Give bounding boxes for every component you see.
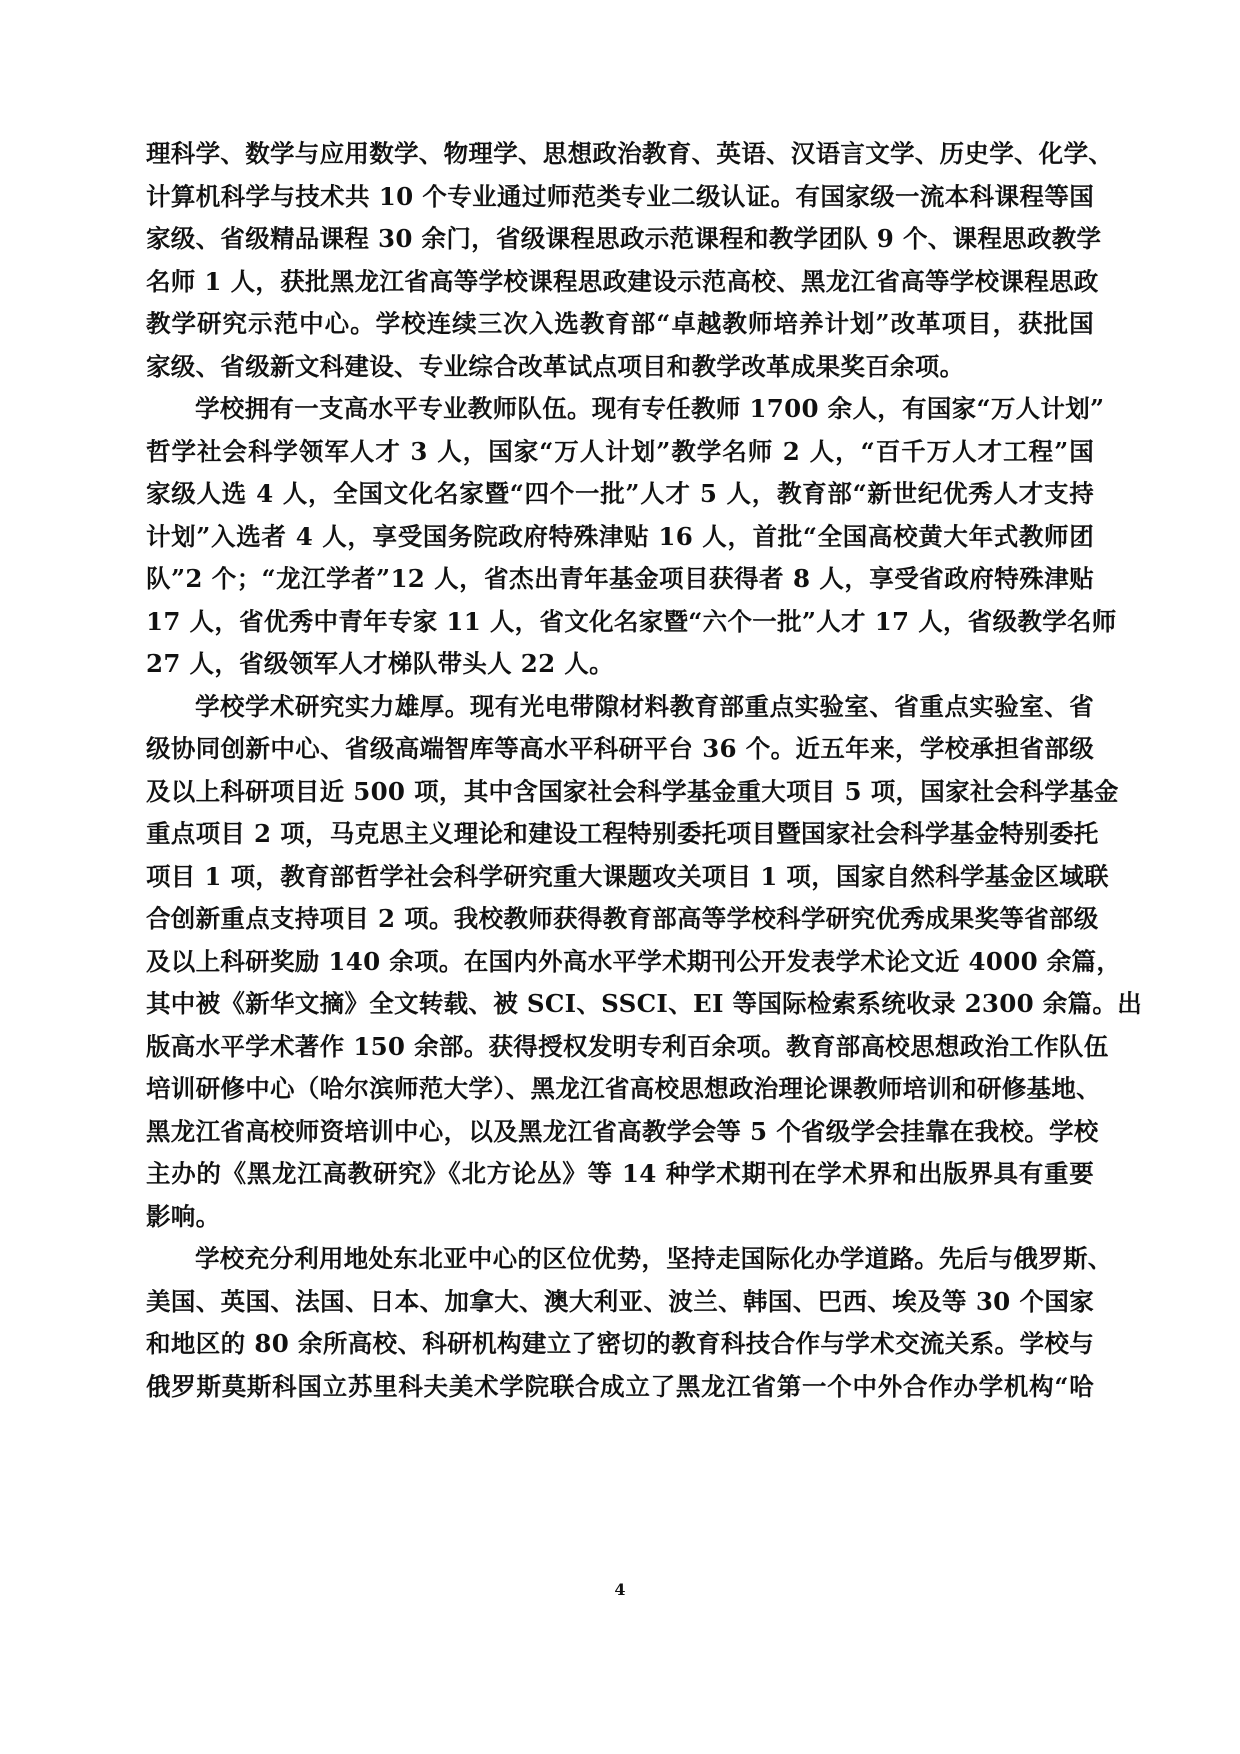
document-page: 理科学、数学与应用数学、物理学、思想政治教育、英语、汉语言文学、历史学、化学、 … xyxy=(0,0,1240,1754)
paragraph-majors-courses: 理科学、数学与应用数学、物理学、思想政治教育、英语、汉语言文学、历史学、化学、 … xyxy=(146,133,1094,388)
text-line: 重点项目 2 项，马克思主义理论和建设工程特别委托项目暨国家社会科学基金特别委托 xyxy=(146,813,1094,856)
text-line: 合创新重点支持项目 2 项。我校教师获得教育部高等学校科学研究优秀成果奖等省部级 xyxy=(146,898,1094,941)
text-line: 家级、省级新文科建设、专业综合改革试点项目和教学改革成果奖百余项。 xyxy=(146,346,1094,389)
text-line: 及以上科研项目近 500 项，其中含国家社会科学基金重大项目 5 项，国家社会科… xyxy=(146,771,1094,814)
text-line: 教学研究示范中心。学校连续三次入选教育部“卓越教师培养计划”改革项目，获批国 xyxy=(146,303,1094,346)
text-line: 名师 1 人，获批黑龙江省高等学校课程思政建设示范高校、黑龙江省高等学校课程思政 xyxy=(146,261,1094,304)
text-line: 计划”入选者 4 人，享受国务院政府特殊津贴 16 人，首批“全国高校黄大年式教… xyxy=(146,516,1094,559)
text-line: 理科学、数学与应用数学、物理学、思想政治教育、英语、汉语言文学、历史学、化学、 xyxy=(146,133,1094,176)
text-line: 黑龙江省高校师资培训中心，以及黑龙江省高教学会等 5 个省级学会挂靠在我校。学校 xyxy=(146,1111,1094,1154)
text-line: 学校拥有一支高水平专业教师队伍。现有专任教师 1700 余人，有国家“万人计划” xyxy=(146,388,1094,431)
text-line: 俄罗斯莫斯科国立苏里科夫美术学院联合成立了黑龙江省第一个中外合作办学机构“哈 xyxy=(146,1366,1094,1409)
text-line: 27 人，省级领军人才梯队带头人 22 人。 xyxy=(146,643,1094,686)
text-line: 计算机科学与技术共 10 个专业通过师范类专业二级认证。有国家级一流本科课程等国 xyxy=(146,176,1094,219)
text-line: 培训研修中心（哈尔滨师范大学）、黑龙江省高校思想政治理论课教师培训和研修基地、 xyxy=(146,1068,1094,1111)
text-line: 版高水平学术著作 150 余部。获得授权发明专利百余项。教育部高校思想政治工作队… xyxy=(146,1026,1094,1069)
document-body: 理科学、数学与应用数学、物理学、思想政治教育、英语、汉语言文学、历史学、化学、 … xyxy=(146,133,1094,1408)
text-line: 其中被《新华文摘》全文转载、被 SCI、SSCI、EI 等国际检索系统收录 23… xyxy=(146,983,1094,1026)
text-line: 学校学术研究实力雄厚。现有光电带隙材料教育部重点实验室、省重点实验室、省 xyxy=(146,686,1094,729)
text-line: 影响。 xyxy=(146,1196,1094,1239)
text-line: 学校充分利用地处东北亚中心的区位优势，坚持走国际化办学道路。先后与俄罗斯、 xyxy=(146,1238,1094,1281)
text-line: 项目 1 项，教育部哲学社会科学研究重大课题攻关项目 1 项，国家自然科学基金区… xyxy=(146,856,1094,899)
text-line: 及以上科研奖励 140 余项。在国内外高水平学术期刊公开发表学术论文近 4000… xyxy=(146,941,1094,984)
text-line: 17 人，省优秀中青年专家 11 人，省文化名家暨“六个一批”人才 17 人，省… xyxy=(146,601,1094,644)
page-number: 4 xyxy=(0,1580,1240,1599)
text-line: 主办的《黑龙江高教研究》《北方论丛》等 14 种学术期刊在学术界和出版界具有重要 xyxy=(146,1153,1094,1196)
paragraph-research: 学校学术研究实力雄厚。现有光电带隙材料教育部重点实验室、省重点实验室、省 级协同… xyxy=(146,686,1094,1239)
text-line: 队”2 个；“龙江学者”12 人，省杰出青年基金项目获得者 8 人，享受省政府特… xyxy=(146,558,1094,601)
text-line: 级协同创新中心、省级高端智库等高水平科研平台 36 个。近五年来，学校承担省部级 xyxy=(146,728,1094,771)
paragraph-faculty: 学校拥有一支高水平专业教师队伍。现有专任教师 1700 余人，有国家“万人计划”… xyxy=(146,388,1094,686)
paragraph-international: 学校充分利用地处东北亚中心的区位优势，坚持走国际化办学道路。先后与俄罗斯、 美国… xyxy=(146,1238,1094,1408)
text-line: 家级人选 4 人，全国文化名家暨“四个一批”人才 5 人，教育部“新世纪优秀人才… xyxy=(146,473,1094,516)
text-line: 和地区的 80 余所高校、科研机构建立了密切的教育科技合作与学术交流关系。学校与 xyxy=(146,1323,1094,1366)
text-line: 美国、英国、法国、日本、加拿大、澳大利亚、波兰、韩国、巴西、埃及等 30 个国家 xyxy=(146,1281,1094,1324)
text-line: 哲学社会科学领军人才 3 人，国家“万人计划”教学名师 2 人，“百千万人才工程… xyxy=(146,431,1094,474)
text-line: 家级、省级精品课程 30 余门，省级课程思政示范课程和教学团队 9 个、课程思政… xyxy=(146,218,1094,261)
